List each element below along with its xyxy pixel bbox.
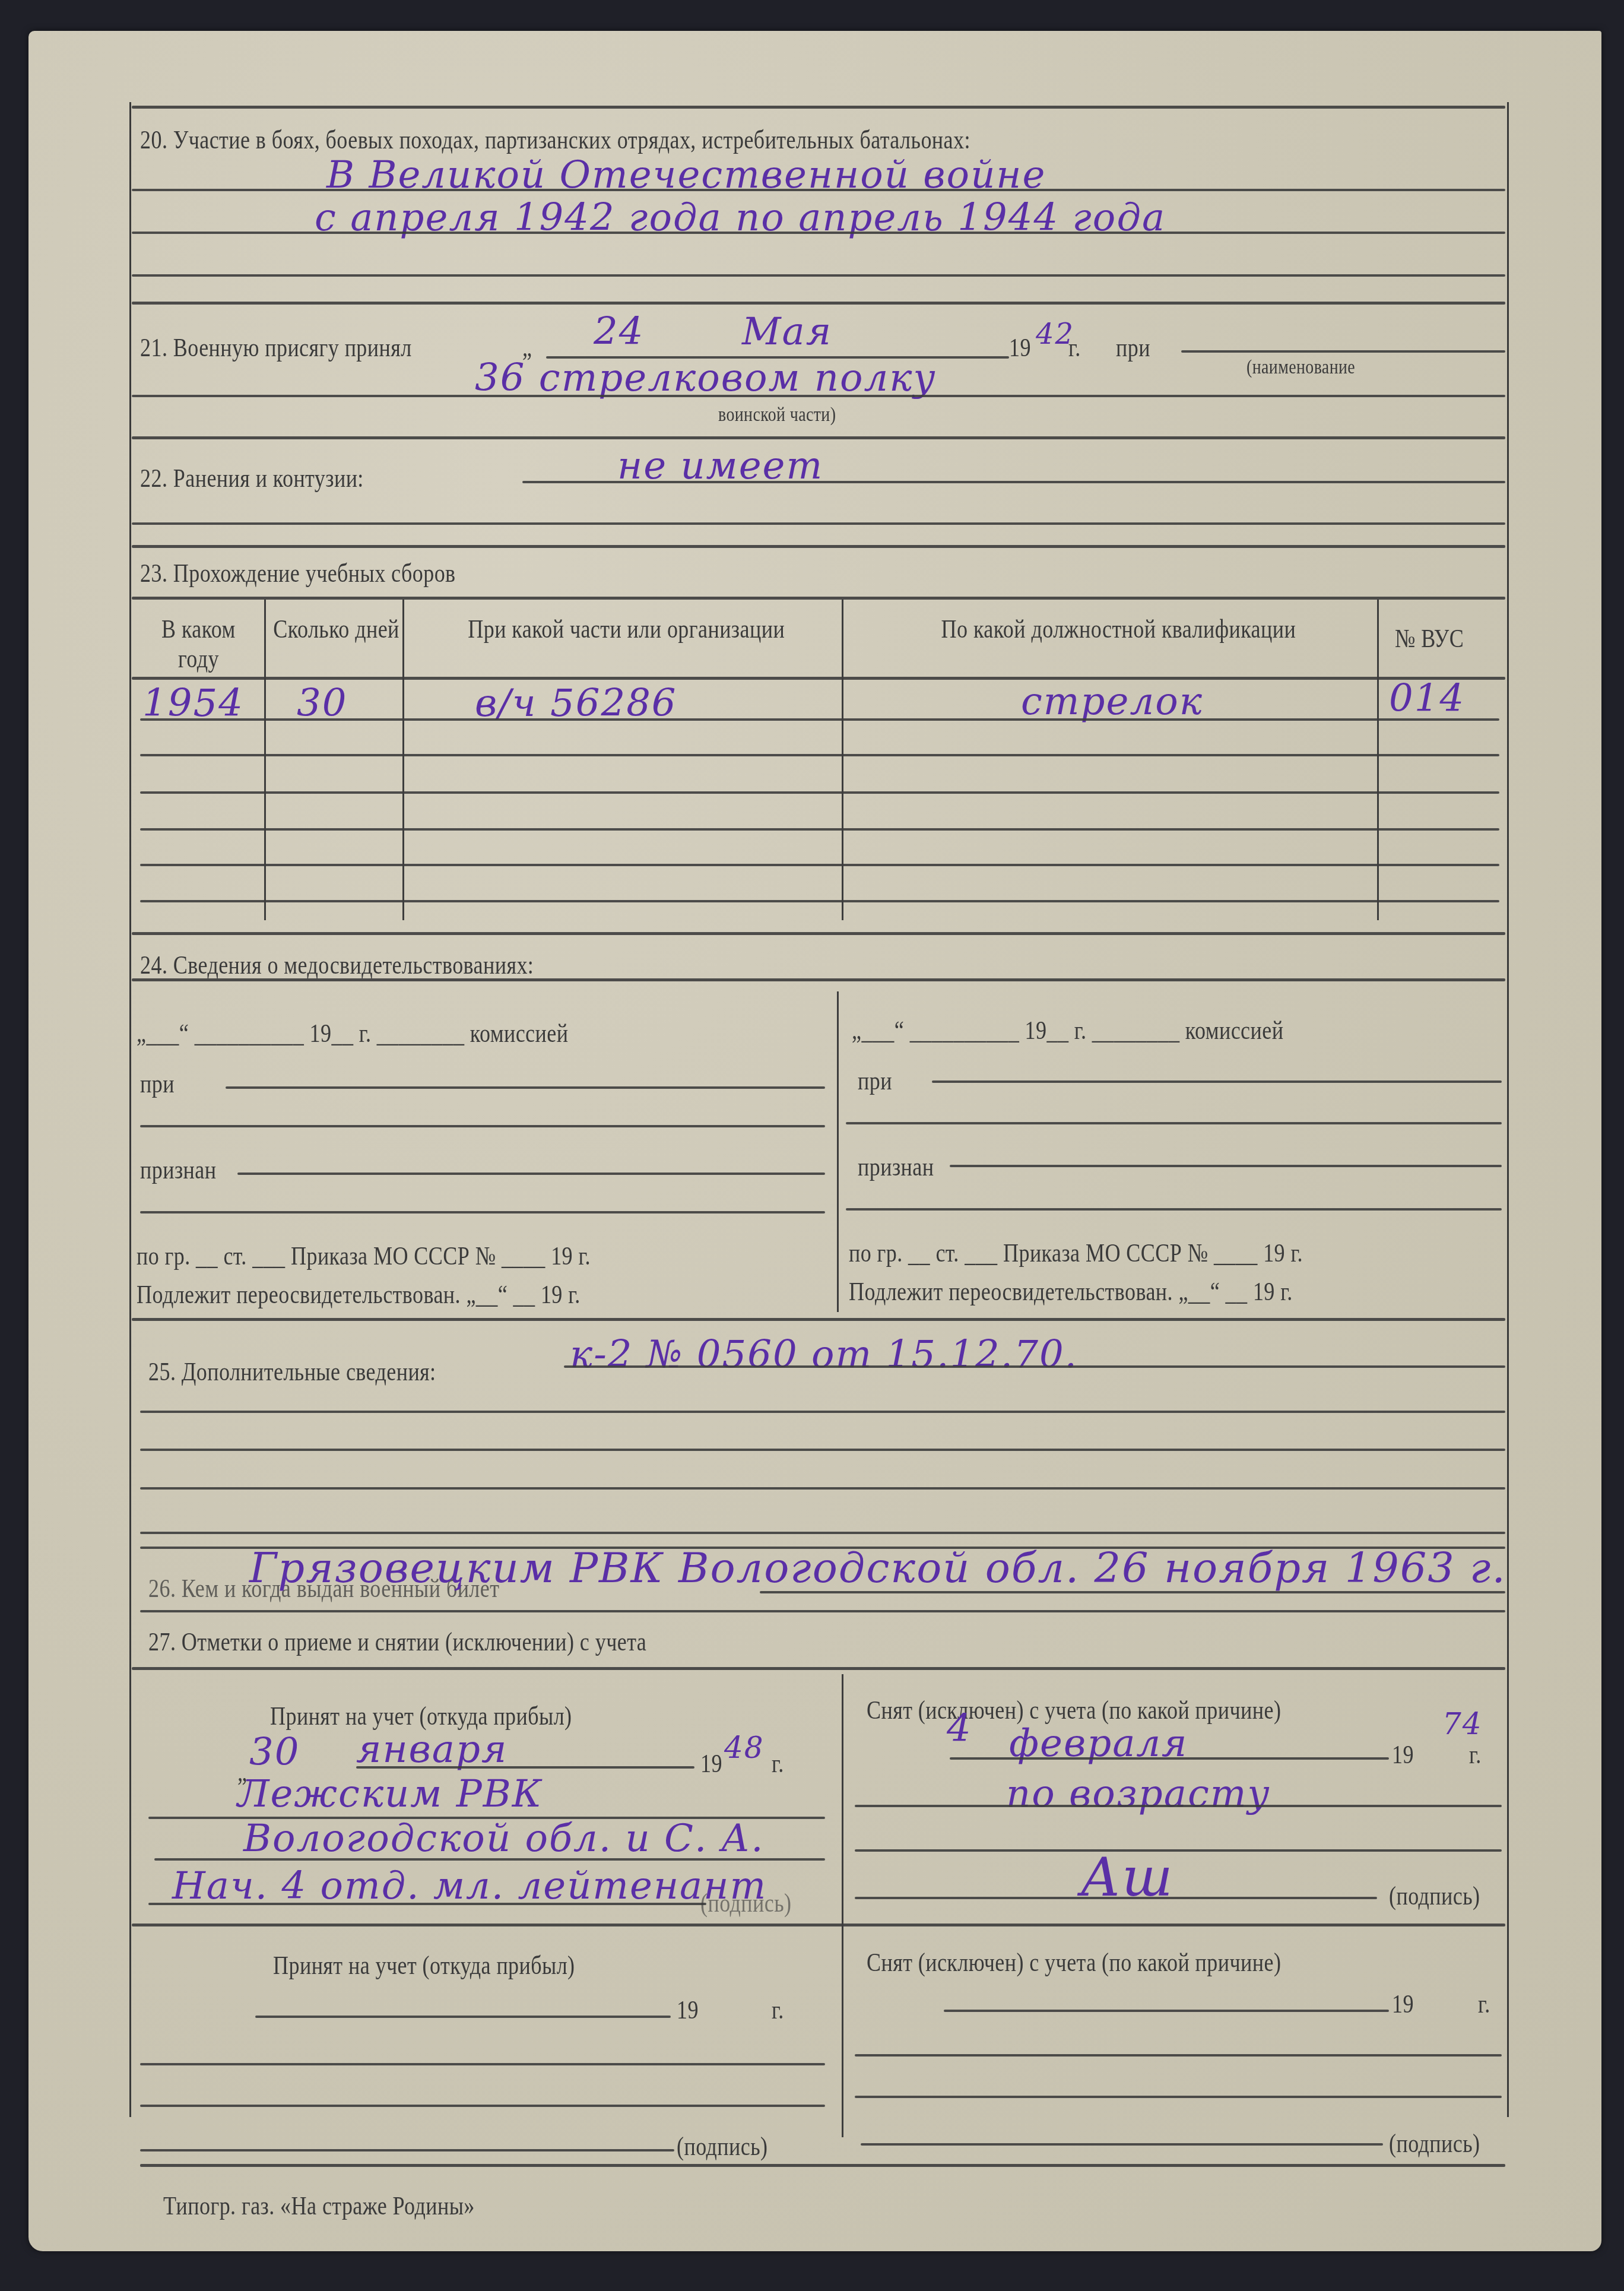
hint-unit: воинской части) (718, 404, 836, 426)
accepted-year-unit-2: г. (772, 1995, 784, 2025)
removed-year-unit-1: г. (1469, 1739, 1482, 1770)
accepted-month-1: января (356, 1728, 507, 1772)
col-divider (837, 991, 839, 1312)
med-right-recognized-label: признан (858, 1152, 934, 1182)
section-divider (132, 932, 1505, 935)
oath-year-prefix: 19 (1009, 332, 1031, 363)
col-header-days: Сколько дней (273, 614, 399, 644)
divider (132, 232, 1505, 234)
divider (846, 1122, 1502, 1124)
divider (760, 1591, 1505, 1593)
accepted-signature-label-2: (подпись) (677, 2131, 767, 2162)
accepted-year-unit-1: г. (772, 1748, 784, 1779)
accepted-line2: Вологодской обл. и С. А. (243, 1817, 765, 1861)
table-row-line (140, 864, 1499, 866)
accepted-signature-label-1: (подпись) (700, 1888, 791, 1918)
cell-vus: 014 (1389, 677, 1465, 721)
divider (132, 522, 1505, 525)
section-divider (132, 1924, 1505, 1926)
divider (237, 1173, 825, 1175)
removed-year-unit-2: г. (1478, 1989, 1490, 2019)
oath-day: 24 (594, 310, 644, 354)
accepted-year-suffix-1: 48 (724, 1731, 765, 1765)
accepted-line1: Лежским РВК (237, 1772, 543, 1816)
divider (140, 2063, 825, 2065)
table-row-line (140, 828, 1499, 831)
col-divider (842, 600, 843, 920)
oath-at-label: при (1116, 332, 1150, 363)
divider (140, 2105, 825, 2107)
divider (855, 1805, 1502, 1807)
table-row-line (140, 754, 1499, 756)
accepted-year-prefix-2: 19 (677, 1995, 699, 2025)
removed-day-1: 4 (947, 1707, 972, 1751)
section-divider (132, 1667, 1505, 1670)
section-divider (132, 1318, 1505, 1321)
removed-reason-1: по возрасту (1006, 1772, 1271, 1816)
section-divider (132, 545, 1505, 548)
removed-label-1: Снят (исключен) с учета (по какой причин… (867, 1695, 1281, 1725)
divider (132, 189, 1505, 191)
removed-year-prefix-2: 19 (1392, 1989, 1414, 2019)
col-divider (402, 600, 404, 920)
med-right-at-label: при (858, 1066, 892, 1096)
divider (356, 1766, 694, 1769)
oath-year-unit: г. (1068, 332, 1081, 363)
col-divider (264, 600, 266, 920)
table-row-line (140, 791, 1499, 794)
divider (154, 1858, 825, 1861)
section-divider (140, 2164, 1505, 2167)
med-left-recognized-label: признан (140, 1155, 216, 1185)
divider (140, 1125, 825, 1127)
col-header-year: В каком году (140, 614, 257, 674)
table-row-line (140, 900, 1499, 902)
additional-info-value: к-2 № 0560 от 15.12.70. (570, 1333, 1078, 1377)
oath-unit: 36 стрелковом полку (475, 356, 937, 400)
removed-year-suffix-1: 74 (1442, 1707, 1483, 1741)
divider (132, 395, 1505, 397)
accepted-line3: Нач. 4 отд. мл. лейтенант (172, 1864, 767, 1908)
section25-label: 25. Дополнительные сведения: (148, 1357, 436, 1387)
hint-name: (наименование (1246, 356, 1355, 379)
divider (140, 2149, 674, 2151)
divider (226, 1086, 825, 1089)
col-header-qualification: По какой должностной квалификации (914, 614, 1323, 644)
issued-by-value: Грязовецким РВК Вологодской обл. 26 нояб… (249, 1544, 1506, 1592)
divider (132, 274, 1505, 277)
med-left-order-line: по гр. __ ст. ___ Приказа МО СССР № ____… (137, 1241, 591, 1271)
divider (855, 1849, 1502, 1852)
divider (132, 106, 1505, 109)
divider (855, 2096, 1502, 2098)
divider (855, 2054, 1502, 2056)
col-divider (1377, 600, 1379, 920)
divider (861, 2143, 1383, 2146)
col-header-vus: № ВУС (1395, 623, 1464, 654)
med-right-order-line: по гр. __ ст. ___ Приказа МО СССР № ____… (849, 1238, 1303, 1268)
divider (944, 2010, 1389, 2012)
removed-label-2: Снят (исключен) с учета (по какой причин… (867, 1947, 1281, 1978)
divider (140, 1211, 825, 1213)
divider (855, 1897, 1377, 1899)
section-divider (132, 436, 1505, 439)
printer-imprint: Типогр. газ. «На страже Родины» (163, 2191, 475, 2221)
removed-signature-scribble: Аш (1080, 1846, 1173, 1909)
divider (255, 2016, 671, 2018)
table-header-divider (132, 677, 1505, 680)
accepted-label-2: Принят на учет (откуда прибыл) (273, 1950, 575, 1981)
col-divider (842, 1674, 843, 2137)
med-right-reexam-line: Подлежит переосвидетельствован. „__“ __ … (849, 1276, 1293, 1307)
divider (932, 1080, 1502, 1083)
divider (140, 1411, 1505, 1413)
divider (140, 1532, 1505, 1534)
section22-label: 22. Ранения и контузии: (140, 463, 364, 493)
med-right-date-line: „___“ __________ 19__ г. ________ комисс… (852, 1015, 1283, 1045)
cell-qualification: стрелок (1021, 680, 1203, 724)
accepted-label-1: Принят на учет (откуда прибыл) (270, 1701, 572, 1731)
section24-label: 24. Сведения о медосвидетельствованиях: (140, 950, 534, 980)
section-divider (132, 302, 1505, 305)
oath-month: Мая (742, 310, 832, 354)
section27-label: 27. Отметки о приеме и снятии (исключени… (148, 1627, 646, 1657)
section23-label: 23. Прохождение учебных сборов (140, 558, 456, 588)
med-left-date-line: „___“ __________ 19__ г. ________ комисс… (137, 1018, 568, 1048)
divider (140, 1487, 1505, 1490)
removed-year-prefix-1: 19 (1392, 1739, 1414, 1770)
removed-signature-label-1: (подпись) (1389, 1881, 1480, 1911)
divider (950, 1757, 1389, 1760)
section-divider (132, 978, 1505, 981)
divider (564, 1365, 1505, 1368)
divider (846, 1208, 1502, 1211)
med-left-reexam-line: Подлежит переосвидетельствован. „__“ __ … (137, 1279, 581, 1310)
table-row-line (140, 718, 1499, 721)
accepted-day-1: 30 (249, 1731, 300, 1775)
divider (148, 1903, 706, 1905)
divider (1181, 350, 1505, 353)
section21-label: 21. Военную присягу принял (140, 332, 412, 363)
divider (140, 1449, 1505, 1451)
removed-signature-label-2: (подпись) (1389, 2128, 1480, 2159)
table-top (132, 597, 1505, 600)
divider (140, 1610, 1505, 1612)
col-header-unit: При какой части или организации (451, 614, 801, 644)
divider (522, 481, 1505, 483)
med-left-at-label: при (140, 1069, 175, 1099)
accepted-year-prefix-1: 19 (700, 1748, 722, 1779)
section20-label: 20. Участие в боях, боевых походах, парт… (140, 125, 970, 155)
divider (950, 1165, 1502, 1167)
